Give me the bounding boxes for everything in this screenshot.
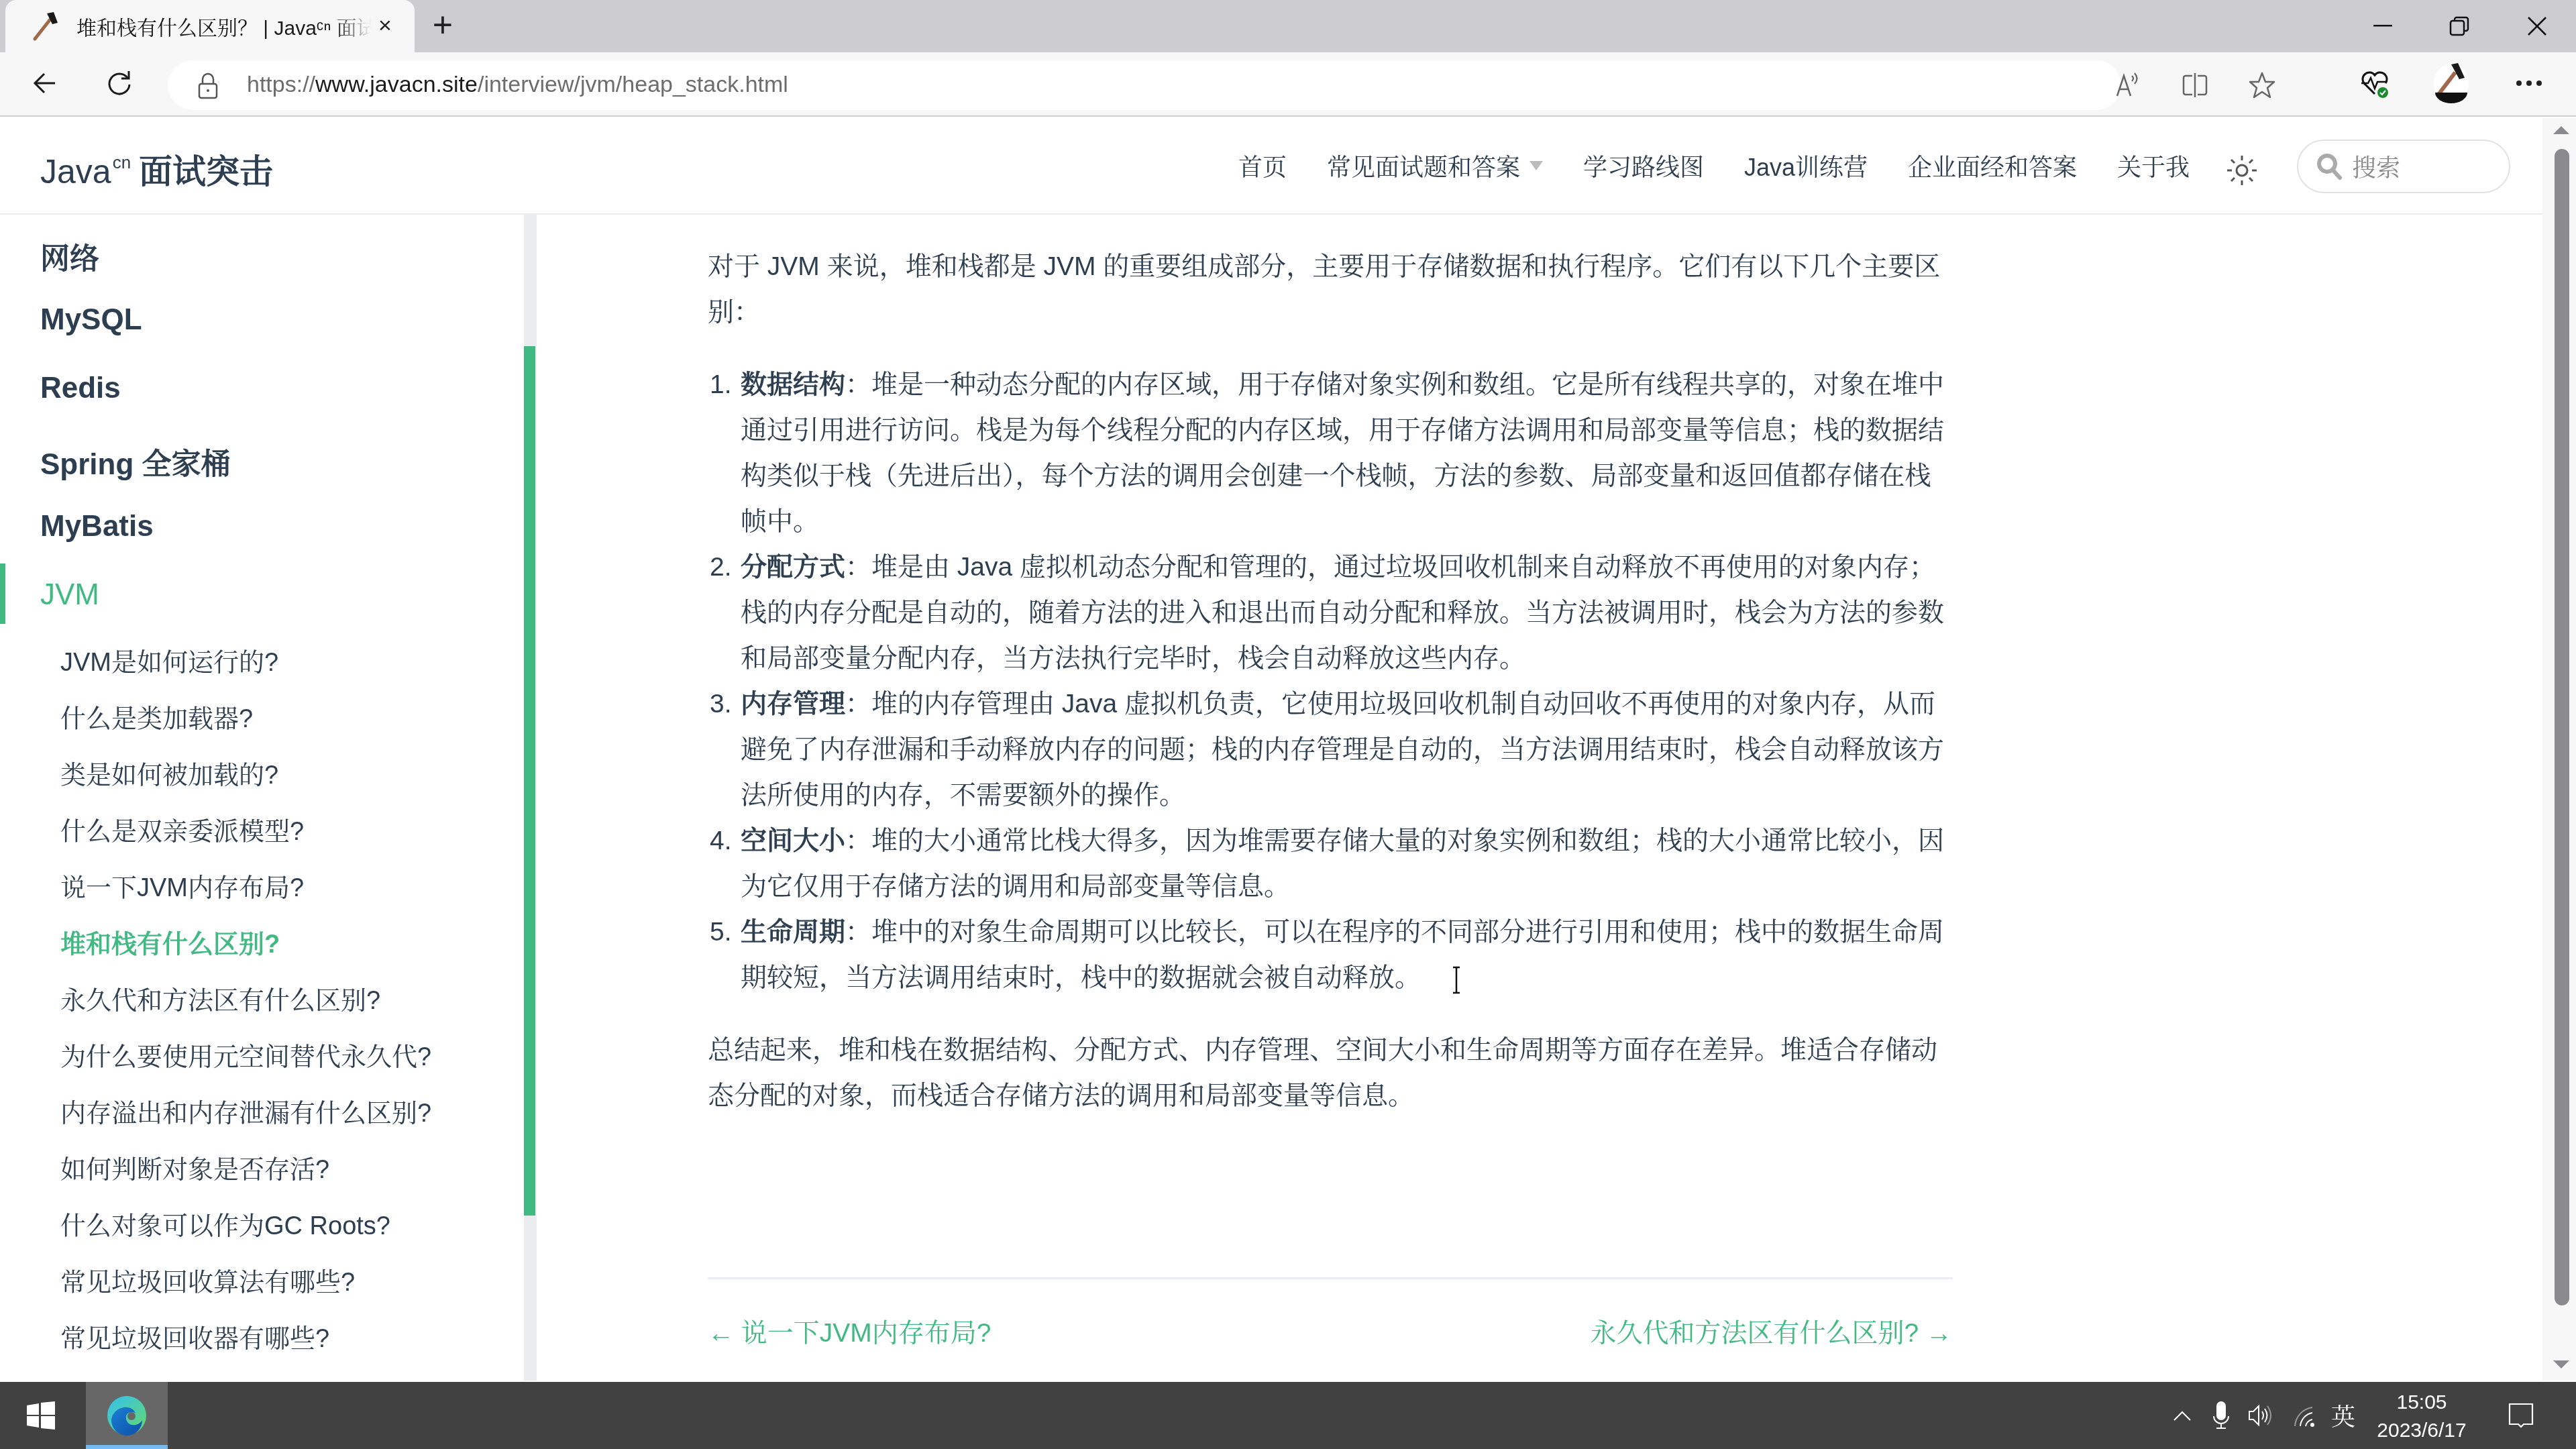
star-icon: [2247, 70, 2277, 100]
nav-about[interactable]: 关于我: [2117, 149, 2190, 183]
start-button[interactable]: [0, 1382, 82, 1449]
prev-page-link[interactable]: ← 说一下JVM内存布局?: [708, 1312, 991, 1350]
sidebar-link[interactable]: 永久代和方法区有什么区别?: [60, 979, 380, 1016]
lock-icon[interactable]: [197, 72, 219, 99]
browser-toolbar: https://www.javacn.site/interview/jvm/he…: [0, 52, 2576, 117]
logo-title: 面试突击: [139, 153, 273, 191]
tab-close-icon[interactable]: ×: [373, 13, 397, 38]
site-logo[interactable]: Javacn面试突击: [40, 145, 273, 193]
sidebar-active-indicator: [0, 563, 5, 624]
back-button[interactable]: [24, 62, 67, 105]
list-term: 分配方式: [741, 553, 845, 582]
site-navbar: Javacn面试突击 首页 常见面试题和答案 学习路线图 Java训练营 企业面…: [0, 118, 2542, 215]
list-item: 3.内存管理：堆的内存管理由 Java 虚拟机负责，它使用垃圾回收机制自动回收不…: [741, 682, 1956, 818]
list-text: ：堆是一种动态分配的内存区域，用于存储对象实例和数组。它是所有线程共享的，对象在…: [741, 370, 1944, 536]
nav-interview-questions-dropdown[interactable]: 常见面试题和答案: [1327, 149, 1543, 183]
sidebar-link[interactable]: 如何判断对象是否存活?: [60, 1148, 329, 1185]
browser-tab-active[interactable]: 堆和栈有什么区别？ | Javaᶜⁿ 面试突击 ×: [5, 0, 415, 52]
browser-essentials-button[interactable]: [2353, 62, 2396, 105]
tab-title: 堆和栈有什么区别？ | Javaᶜⁿ 面试突击: [76, 11, 372, 41]
volume-button[interactable]: [2243, 1382, 2277, 1449]
list-text: ：堆的大小通常比栈大得多，因为堆需要存储大量的对象实例和数组；栈的大小通常比较小…: [741, 826, 1944, 901]
sidebar-group-mybatis[interactable]: MyBatis: [40, 510, 154, 543]
refresh-button[interactable]: [98, 62, 141, 105]
sidebar-group-redis[interactable]: Redis: [40, 372, 121, 405]
new-tab-plus-icon[interactable]: +: [427, 9, 459, 42]
summary-paragraph: 总结起来，堆和栈在数据结构、分配方式、内存管理、空间大小和生命周期等方面存在差异…: [708, 1028, 1955, 1119]
system-clock[interactable]: 15:05 2023/6/17: [2361, 1389, 2482, 1445]
sidebar-link[interactable]: 说一下JVM内存布局?: [60, 867, 304, 904]
next-page-link[interactable]: 永久代和方法区有什么区别? →: [1590, 1312, 1952, 1350]
list-term: 内存管理: [741, 690, 845, 718]
split-screen-button[interactable]: [2173, 64, 2216, 107]
clock-time: 15:05: [2361, 1389, 2482, 1417]
logo-superscript: cn: [113, 152, 131, 172]
page-scrollbar[interactable]: [2542, 118, 2576, 1381]
chevron-up-icon: [2173, 1409, 2192, 1421]
address-bar[interactable]: https://www.javacn.site/interview/jvm/he…: [168, 60, 2121, 110]
list-text: ：堆中的对象生命周期可以比较长，可以在程序的不同部分进行引用和使用；栈中的数据生…: [741, 918, 1944, 992]
nav-java-bootcamp[interactable]: Java训练营: [1744, 149, 1868, 183]
minimize-icon: [2373, 25, 2392, 28]
speaker-icon: [2247, 1402, 2273, 1429]
list-number: 3.: [710, 682, 732, 727]
list-item: 4.空间大小：堆的大小通常比栈大得多，因为堆需要存储大量的对象实例和数组；栈的大…: [741, 818, 1956, 910]
sidebar-link[interactable]: 什么对象可以作为GC Roots?: [60, 1205, 390, 1242]
sidebar-group-mysql[interactable]: MySQL: [40, 303, 142, 337]
hammer-icon: [30, 11, 60, 42]
list-text: ：堆的内存管理由 Java 虚拟机负责，它使用垃圾回收机制自动回收不再使用的对象…: [741, 690, 1944, 810]
sidebar-scrollbar-thumb[interactable]: [524, 346, 535, 1216]
sidebar-group-network[interactable]: 网络: [40, 235, 99, 278]
microphone-icon: [2212, 1401, 2230, 1430]
ellipsis-icon: [2516, 80, 2542, 87]
url-host: www.javacn.site: [315, 72, 478, 97]
read-aloud-button[interactable]: [2106, 64, 2149, 107]
search-icon: [2316, 152, 2343, 180]
sidebar-link[interactable]: 什么是类加载器?: [60, 698, 253, 735]
sidebar-link[interactable]: 什么是双亲委派模型?: [60, 810, 304, 847]
sidebar-group-spring[interactable]: Spring 全家桶: [40, 440, 231, 483]
scroll-up-arrow-icon[interactable]: [2553, 126, 2569, 134]
sidebar-link[interactable]: 类是如何被加载的?: [60, 754, 278, 791]
url-path: /interview/jvm/heap_stack.html: [478, 72, 788, 97]
url-text[interactable]: https://www.javacn.site/interview/jvm/he…: [247, 72, 788, 98]
list-item: 1.数据结构：堆是一种动态分配的内存区域，用于存储对象实例和数组。它是所有线程共…: [741, 362, 1956, 545]
refresh-icon: [105, 68, 134, 98]
clock-date: 2023/6/17: [2361, 1417, 2482, 1445]
restore-icon: [2449, 16, 2469, 36]
profile-button[interactable]: [2430, 62, 2473, 105]
sidebar-link[interactable]: 内存溢出和内存泄漏有什么区别?: [60, 1092, 431, 1129]
edge-browser-icon: [106, 1395, 148, 1436]
list-term: 空间大小: [741, 826, 845, 855]
window-restore-button[interactable]: [2420, 0, 2498, 52]
list-text: ：堆是由 Java 虚拟机动态分配和管理的，通过垃圾回收机制来自动释放不再使用的…: [741, 553, 1944, 673]
window-minimize-button[interactable]: [2344, 0, 2422, 52]
nav-home[interactable]: 首页: [1238, 149, 1287, 183]
scroll-down-arrow-icon[interactable]: [2553, 1360, 2569, 1368]
logo-java: Java: [40, 153, 111, 191]
nav-roadmap[interactable]: 学习路线图: [1583, 149, 1704, 183]
show-hidden-icons-button[interactable]: [2165, 1382, 2199, 1449]
url-scheme: https://: [247, 72, 315, 97]
taskbar-edge-button[interactable]: [86, 1382, 168, 1449]
list-number: 4.: [710, 818, 732, 864]
article-content: 对于 JVM 来说，堆和栈都是 JVM 的重要组成部分，主要用于存储数据和执行程…: [537, 215, 2522, 1381]
sidebar-link[interactable]: 常见垃圾回收算法有哪些?: [60, 1261, 355, 1298]
list-term: 数据结构: [741, 370, 845, 399]
search-input[interactable]: 搜索: [2297, 140, 2510, 193]
read-aloud-icon: [2113, 70, 2143, 100]
active-app-indicator: [86, 1445, 168, 1449]
list-number: 1.: [710, 362, 732, 408]
wifi-icon: [2292, 1403, 2316, 1428]
list-item: 5.生命周期：堆中的对象生命周期可以比较长，可以在程序的不同部分进行引用和使用；…: [741, 910, 1956, 1001]
notification-icon: [2508, 1402, 2534, 1429]
nav-company-interviews[interactable]: 企业面经和答案: [1908, 149, 2077, 183]
nav-links: 首页 常见面试题和答案 学习路线图 Java训练营 企业面经和答案 关于我: [1238, 149, 2230, 182]
page-nav-divider: [708, 1277, 1953, 1279]
window-close-button[interactable]: [2498, 0, 2576, 52]
sidebar-link[interactable]: 为什么要使用元空间替代永久代?: [60, 1036, 431, 1073]
input-method-indicator[interactable]: 英: [2326, 1382, 2360, 1449]
favorite-button[interactable]: [2241, 64, 2284, 107]
sun-icon[interactable]: [2226, 154, 2258, 186]
profile-avatar-icon: [2432, 63, 2470, 103]
search-placeholder: 搜索: [2352, 150, 2400, 184]
sidebar-group-jvm[interactable]: JVM: [40, 578, 99, 612]
network-button[interactable]: [2288, 1382, 2321, 1449]
arrow-left-icon: [32, 70, 59, 97]
list-number: 2.: [710, 545, 732, 590]
list-item: 2.分配方式：堆是由 Java 虚拟机动态分配和管理的，通过垃圾回收机制来自动释…: [741, 545, 1956, 682]
windows-start-icon: [27, 1401, 55, 1430]
list-number: 5.: [710, 910, 732, 955]
sidebar-link[interactable]: JVM是如何运行的?: [60, 641, 278, 678]
action-center-button[interactable]: [2501, 1382, 2541, 1449]
more-menu-button[interactable]: [2508, 62, 2551, 105]
browser-tab-strip: 堆和栈有什么区别？ | Javaᶜⁿ 面试突击 × +: [0, 0, 2576, 52]
text-cursor-icon: [1452, 966, 1461, 994]
caret-down-icon: [1529, 161, 1543, 170]
page-scrollbar-thumb[interactable]: [2555, 149, 2569, 1305]
close-icon: [2527, 16, 2547, 36]
split-screen-icon: [2182, 70, 2208, 100]
list-term: 生命周期: [741, 918, 845, 947]
heart-pulse-check-icon: [2359, 67, 2391, 99]
windows-taskbar: 英 15:05 2023/6/17: [0, 1382, 2576, 1449]
sidebar-link-active[interactable]: 堆和栈有什么区别?: [60, 923, 280, 960]
microphone-button[interactable]: [2204, 1382, 2238, 1449]
sidebar: 网络 MySQL Redis Spring 全家桶 MyBatis JVM JV…: [0, 215, 537, 1381]
intro-paragraph: 对于 JVM 来说，堆和栈都是 JVM 的重要组成部分，主要用于存储数据和执行程…: [708, 244, 1955, 335]
sidebar-link[interactable]: 常见垃圾回收器有哪些?: [60, 1318, 329, 1354]
